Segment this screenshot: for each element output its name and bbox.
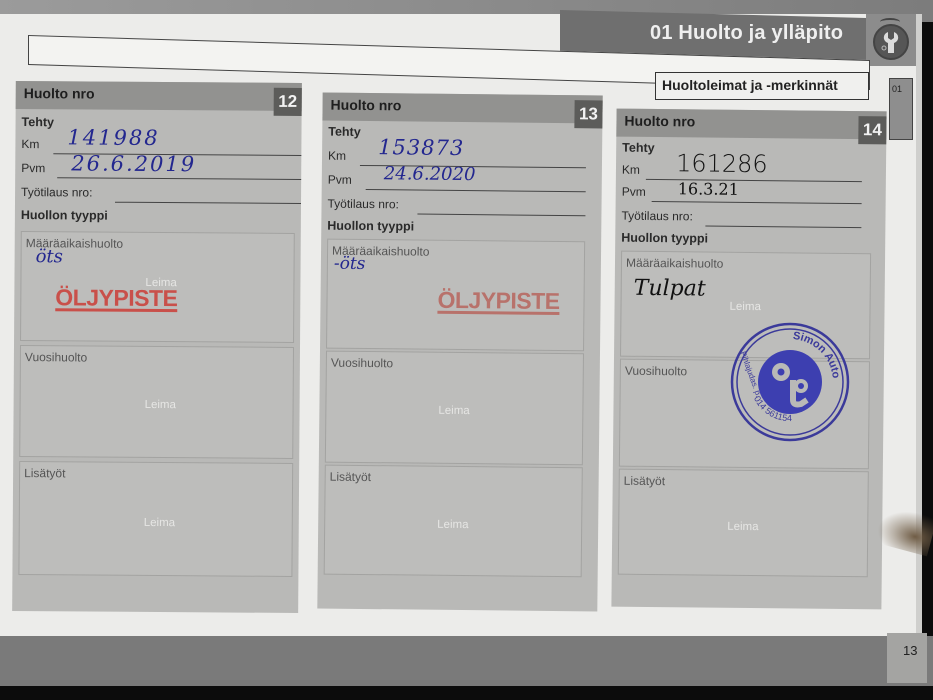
scheduled-note: -öts bbox=[334, 254, 366, 274]
km-value: 141988 bbox=[67, 125, 159, 150]
stamp-placeholder: Leima bbox=[729, 301, 760, 313]
page: 01 Huolto ja ylläpito Huoltoleimat ja -m… bbox=[0, 0, 933, 700]
stamp-placeholder: Leima bbox=[438, 405, 469, 417]
simon-auto-stamp: Simon Auto Oy 014 561154 Pihlajudas. p. bbox=[729, 320, 851, 444]
date-label: Pvm bbox=[622, 185, 646, 199]
service-card-13: Huolto nro 13 Tehty Km 153873 Pvm 24.6.2… bbox=[317, 93, 602, 612]
stamp-placeholder: Leima bbox=[144, 517, 175, 529]
page-number: 13 bbox=[903, 643, 917, 658]
card-header: Huolto nro 12 bbox=[16, 81, 302, 111]
service-type-label: Huollon tyyppi bbox=[621, 231, 708, 246]
card-header: Huolto nro 14 bbox=[616, 109, 886, 140]
date-line bbox=[366, 189, 586, 192]
annual-service-section: Vuosihuolto Leima bbox=[325, 351, 584, 466]
service-number-label: Huolto nro bbox=[330, 97, 401, 114]
work-order-line bbox=[705, 226, 861, 229]
date-line bbox=[652, 201, 862, 204]
date-value: 26.6.2019 bbox=[71, 151, 196, 176]
service-number: 13 bbox=[574, 100, 602, 128]
additional-work-section: Lisätyöt Leima bbox=[324, 465, 583, 578]
date-line bbox=[57, 177, 301, 180]
chapter-title: 01 Huolto ja ylläpito bbox=[650, 22, 843, 45]
date-value: 16.3.21 bbox=[678, 179, 739, 199]
additional-label: Lisätyöt bbox=[330, 470, 372, 484]
km-value: 153873 bbox=[378, 135, 464, 160]
date-label: Pvm bbox=[21, 161, 45, 175]
work-order-label: Työtilaus nro: bbox=[327, 197, 399, 212]
date-value: 24.6.2020 bbox=[384, 163, 476, 185]
stamp-placeholder: Leima bbox=[145, 399, 176, 411]
annual-service-section: Vuosihuolto Leima bbox=[19, 345, 294, 459]
scheduled-label: Määräaikaishuolto bbox=[626, 256, 724, 271]
service-type-label: Huollon tyyppi bbox=[21, 208, 108, 223]
card-header: Huolto nro 13 bbox=[322, 93, 602, 124]
work-order-line bbox=[115, 202, 301, 204]
side-tab: 01 bbox=[889, 78, 913, 140]
work-order-label: Työtilaus nro: bbox=[621, 209, 693, 224]
additional-work-section: Lisätyöt Leima bbox=[618, 469, 869, 578]
km-label: Km bbox=[328, 149, 346, 163]
additional-label: Lisätyöt bbox=[624, 474, 666, 488]
bottom-band bbox=[0, 636, 933, 686]
stamp-placeholder: Leima bbox=[437, 519, 468, 531]
page-number-tab: 13 bbox=[887, 633, 927, 683]
scheduled-note: öts bbox=[36, 246, 63, 267]
additional-work-section: Lisätyöt Leima bbox=[18, 461, 293, 577]
work-order-line bbox=[417, 214, 585, 217]
wrench-icon bbox=[873, 24, 909, 60]
annual-label: Vuosihuolto bbox=[25, 350, 87, 364]
oljypiste-stamp: ÖLJYPISTE bbox=[437, 289, 559, 315]
scheduled-note: Tulpat bbox=[634, 276, 706, 302]
service-type-label: Huollon tyyppi bbox=[327, 219, 414, 234]
km-label: Km bbox=[622, 163, 640, 177]
additional-label: Lisätyöt bbox=[24, 466, 65, 480]
service-card-12: Huolto nro 12 Tehty Km 141988 Pvm 26.6.2… bbox=[12, 81, 302, 613]
stamp-placeholder: Leima bbox=[727, 521, 758, 533]
service-number-label: Huolto nro bbox=[624, 113, 695, 130]
annual-label: Vuosihuolto bbox=[331, 356, 393, 371]
scheduled-service-section: Määräaikaishuolto -öts ÖLJYPISTE bbox=[326, 239, 585, 352]
section-subtitle-box: Huoltoleimat ja -merkinnät bbox=[655, 72, 869, 100]
annual-label: Vuosihuolto bbox=[625, 364, 687, 379]
service-number: 14 bbox=[858, 116, 886, 144]
oljypiste-stamp: ÖLJYPISTE bbox=[55, 286, 177, 312]
section-subtitle: Huoltoleimat ja -merkinnät bbox=[662, 77, 838, 93]
scheduled-service-section: Määräaikaishuolto öts Leima ÖLJYPISTE bbox=[20, 231, 295, 343]
km-label: Km bbox=[21, 137, 39, 151]
date-label: Pvm bbox=[328, 173, 352, 187]
service-number: 12 bbox=[274, 88, 302, 116]
done-label: Tehty bbox=[622, 141, 655, 155]
done-label: Tehty bbox=[22, 115, 55, 129]
service-number-label: Huolto nro bbox=[24, 85, 95, 101]
km-value: 161286 bbox=[676, 149, 768, 178]
side-tab-label: 01 bbox=[892, 84, 902, 94]
done-label: Tehty bbox=[328, 125, 361, 139]
work-order-label: Työtilaus nro: bbox=[21, 185, 92, 199]
